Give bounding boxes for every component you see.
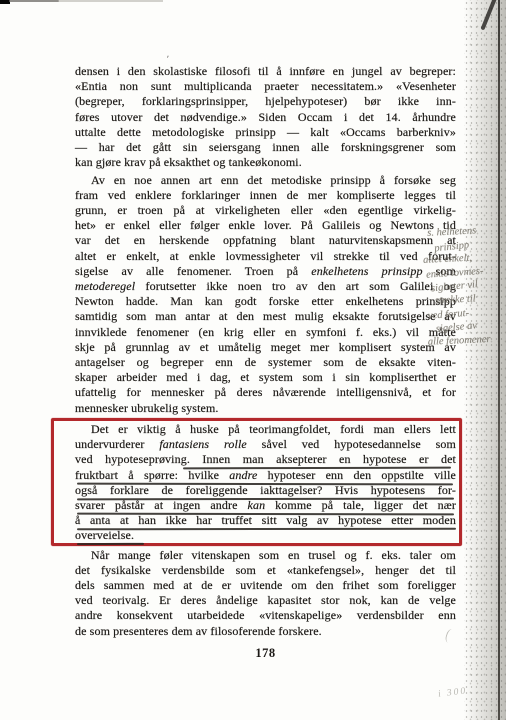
top-edge-line-faint (58, 0, 163, 2)
text-line: mennesker ubrukelig system. (75, 401, 456, 416)
paragraph: Av en noe annen art enn det metodiske pr… (75, 173, 456, 416)
text-line: det fysikalske verdensbilde som et «tank… (75, 563, 456, 578)
text-line: grunn, er troen på at virkeligheten elle… (75, 203, 456, 218)
pencil-margin-notes: s. helhetens prinsipp altet enkelt, enkl… (420, 222, 506, 350)
text-line: Newton hadde. Man kan godt forske etter … (75, 294, 456, 309)
text-line: Når mange føler vitenskapen som en truse… (75, 548, 456, 563)
pencil-underline (77, 497, 454, 499)
text-line: føres utover det nødvendige.» Siden Occa… (75, 110, 456, 125)
text-line: het» er enkel eller følger enkle lover. … (75, 218, 456, 233)
text-line: dels sammen med at de er uvitende om den… (75, 578, 456, 593)
text-line: skje på grunnlag av et umåtelig meget me… (75, 340, 456, 355)
text-line: Av en noe annen art enn det metodiske pr… (75, 173, 456, 188)
text-line: densen i den skolastiske filosofi til å … (75, 64, 456, 79)
text-line: antagelser og begreper enn de systemer s… (75, 355, 456, 370)
text-column: densen i den skolastiske filosofi til å … (75, 64, 456, 639)
book-page-scan: densen i den skolastiske filosofi til å … (0, 0, 506, 720)
text-line: sigelse av alle fenomener. Troen på enke… (75, 264, 456, 279)
paragraph: Når mange føler vitenskapen som en truse… (75, 548, 456, 639)
text-line: fram ved enklere forklaringer innen de m… (75, 188, 456, 203)
pencil-underline (77, 482, 453, 484)
page-edge-line (498, 0, 500, 720)
text-line: andre konsekvent utarbeidede «vitenskape… (75, 608, 456, 623)
text-line: samtidig som man antar at den mest mulig… (75, 309, 456, 324)
page-number: 178 (75, 646, 456, 661)
text-line: innviklede fenomener (en krig eller en s… (75, 325, 456, 340)
text-line: (begreper, forklaringsprinsipper, hjelpe… (75, 94, 456, 109)
text-line: skaper arbeider med i dag, et system som… (75, 370, 456, 385)
text-line: metoderegel forutsetter ikke noen tro av… (75, 279, 456, 294)
text-line: var det en herskende oppfatning blant na… (75, 233, 456, 248)
text-line: uttalte dette metodologiske prinsipp — k… (75, 125, 456, 140)
stray-ink-mark: ʹ (167, 54, 169, 64)
text-line: de som presenteres dem av filosoferende … (75, 624, 456, 639)
text-line: altet er enkelt, at enkle lovmessigheter… (75, 249, 456, 264)
text-line: ufattelig for mennesker på deres nåværen… (75, 385, 456, 400)
text-line: ved teorivalg. Er deres åndelige kapasit… (75, 593, 456, 608)
text-line: «Entia non sunt multiplicanda praeter ne… (75, 79, 456, 94)
top-edge-line (9, 0, 59, 2)
text-line: kan gjøre krav på eksakthet og tankeøkon… (75, 155, 456, 170)
paragraph: densen i den skolastiske filosofi til å … (75, 64, 456, 170)
text-line: — har det gått sin seiersgang innen alle… (75, 140, 456, 155)
